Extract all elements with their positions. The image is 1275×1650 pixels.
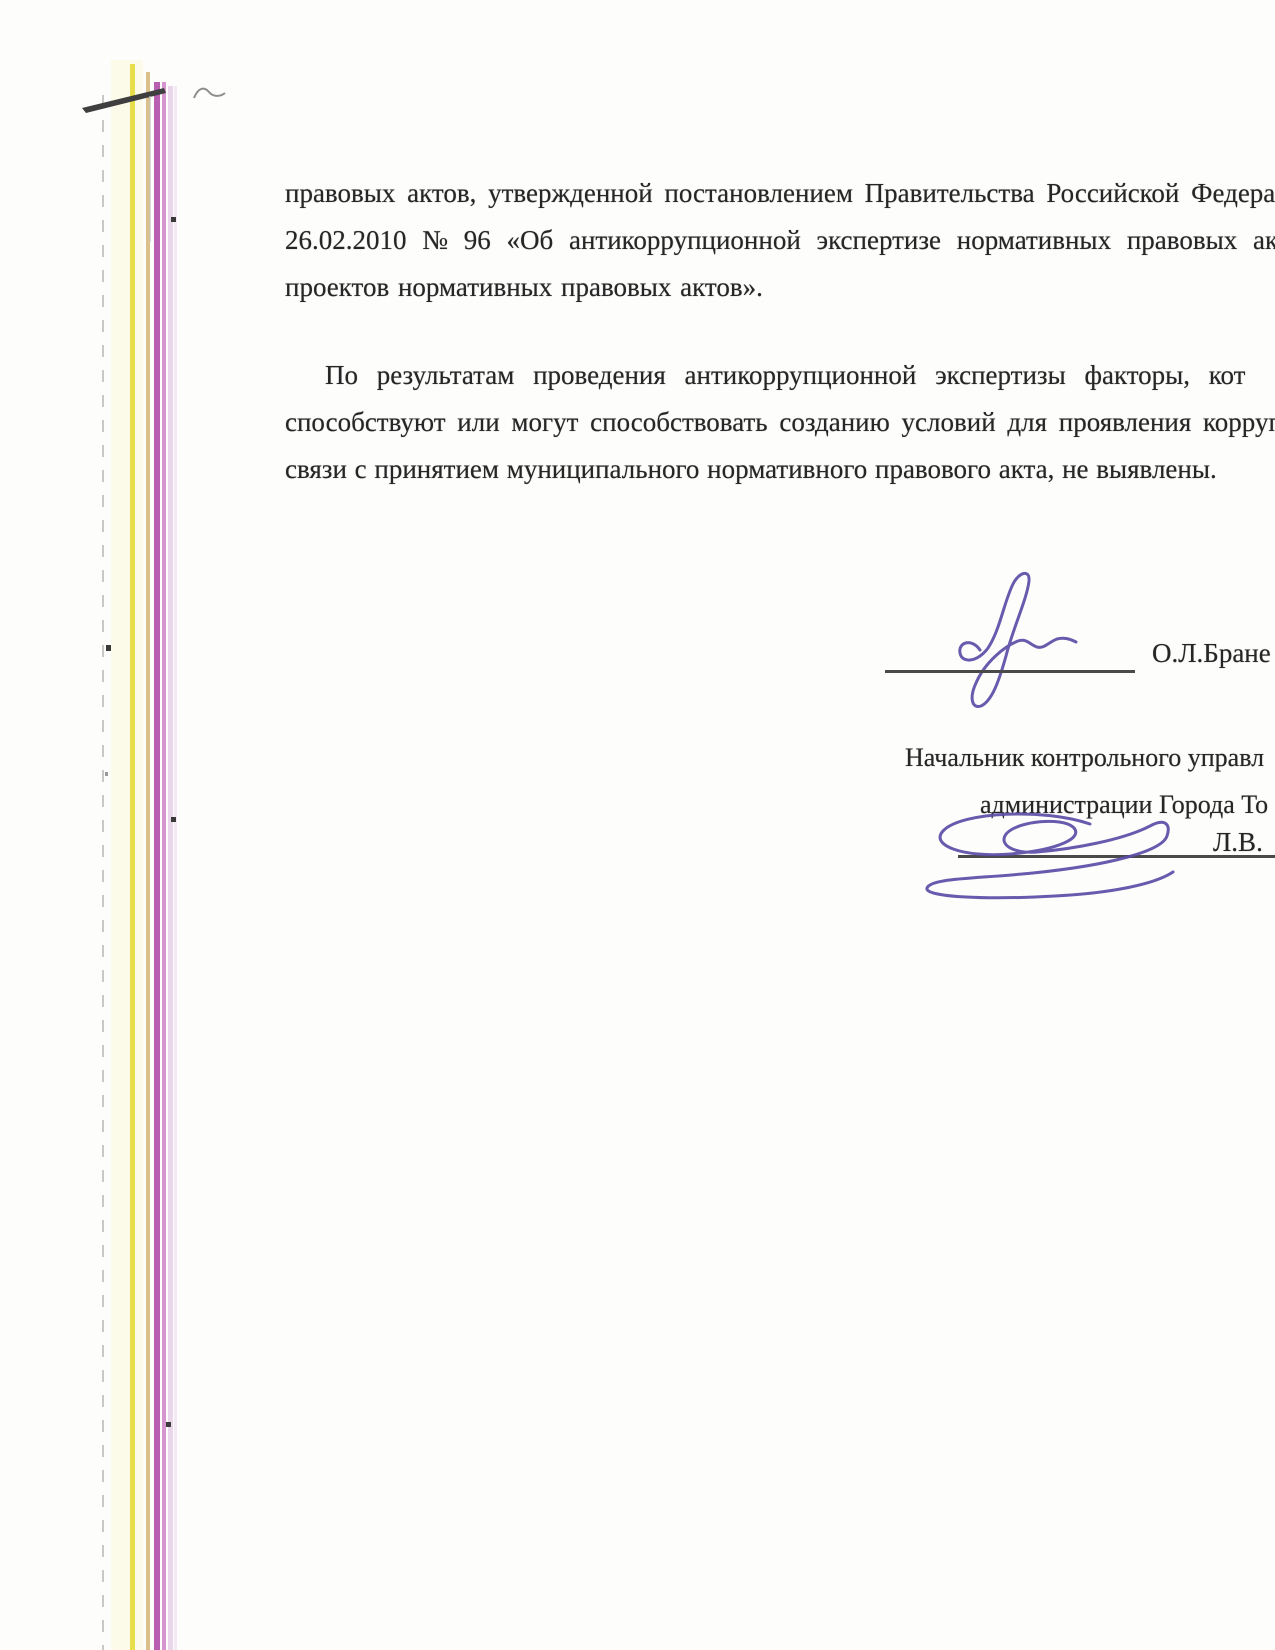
squiggle-mark xyxy=(192,84,228,104)
signature-2-ink xyxy=(915,798,1205,903)
paragraph-1: правовых актов, утвержденной постановлен… xyxy=(285,170,1275,311)
scan-stripe-yellow xyxy=(130,64,135,1650)
signature-1-ink xyxy=(950,568,1110,708)
signatory-2-initials: Л.В. xyxy=(1213,827,1263,858)
paragraph-1-line-2: 26.02.2010 № 96 «Об антикоррупционной эк… xyxy=(285,217,1275,264)
scan-stripe-lavender xyxy=(168,86,173,1650)
ink-speck xyxy=(166,1422,171,1427)
paragraph-1-line-1: правовых актов, утвержденной постановлен… xyxy=(285,170,1275,217)
paragraph-2-line-2: способствуют или могут способствовать со… xyxy=(285,399,1275,446)
scan-stripe-magenta xyxy=(154,82,160,1650)
scan-stripe-tan xyxy=(146,72,150,1650)
scan-edge-dashed-line xyxy=(102,95,104,1650)
ink-speck xyxy=(171,217,176,222)
pen-stroke-mark xyxy=(78,82,228,272)
ink-speck xyxy=(171,817,176,822)
scan-stripe-faint-pink xyxy=(174,86,177,1650)
paragraph-2: По результатам проведения антикоррупцион… xyxy=(285,352,1275,493)
job-title-line-1: Начальник контрольного управл xyxy=(905,743,1264,773)
scan-stripe-pink xyxy=(162,82,166,1650)
signatory-1-name: О.Л.Бране xyxy=(1152,638,1271,669)
ink-speck xyxy=(106,645,111,651)
ink-speck xyxy=(105,772,108,776)
paragraph-1-line-3: проектов нормативных правовых актов». xyxy=(285,264,1275,311)
signature-line-1 xyxy=(885,670,1135,673)
paragraph-2-line-1: По результатам проведения антикоррупцион… xyxy=(285,352,1275,399)
paragraph-2-line-3: связи с принятием муниципального нормати… xyxy=(285,446,1275,493)
scanned-document-page: правовых актов, утвержденной постановлен… xyxy=(0,0,1275,1650)
scan-stripe-yellow-glow xyxy=(111,60,143,1650)
